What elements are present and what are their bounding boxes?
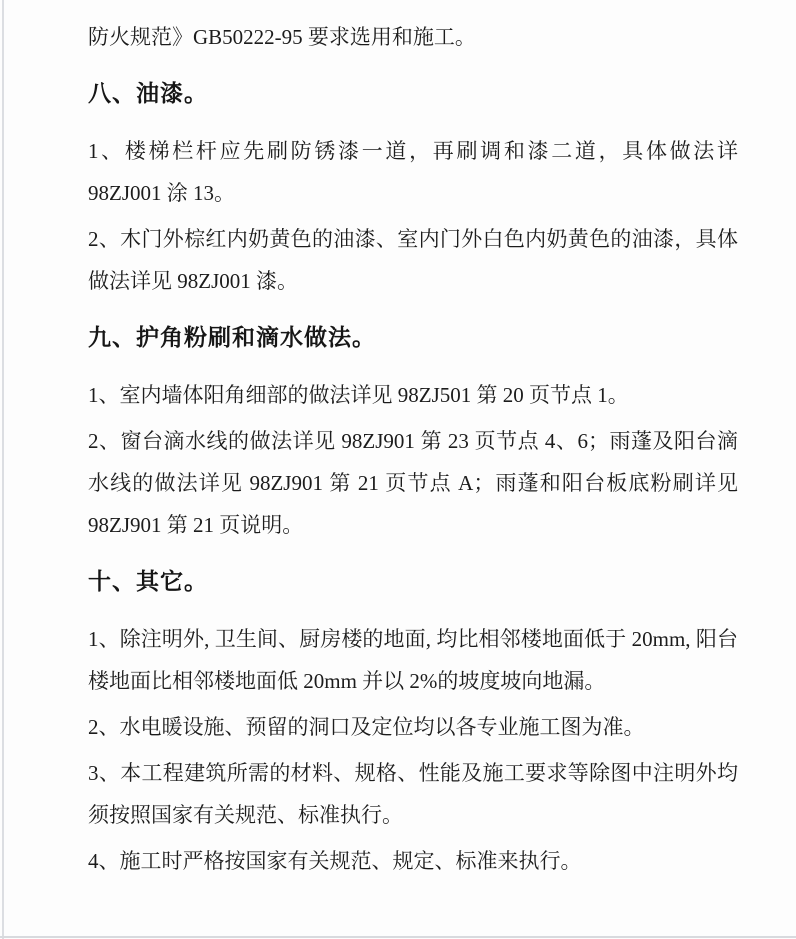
section-corner-drip-item-1: 1、室内墙体阳角细部的做法详见 98ZJ501 第 20 页节点 1。 bbox=[88, 374, 738, 416]
section-heading-others: 十、其它。 bbox=[88, 560, 738, 602]
section-heading-paint: 八、油漆。 bbox=[88, 72, 738, 114]
section-corner-drip-item-2: 2、窗台滴水线的做法详见 98ZJ901 第 23 页节点 4、6；雨蓬及阳台滴… bbox=[88, 420, 738, 546]
section-others-item-1: 1、除注明外, 卫生间、厨房楼的地面, 均比相邻楼地面低于 20mm, 阳台楼地… bbox=[88, 618, 738, 702]
page-edge-bottom bbox=[0, 936, 796, 938]
section-heading-corner-drip: 九、护角粉刷和滴水做法。 bbox=[88, 316, 738, 358]
page-edge-left bbox=[2, 0, 4, 939]
section-others-item-3: 3、本工程建筑所需的材料、规格、性能及施工要求等除图中注明外均须按照国家有关规范… bbox=[88, 752, 738, 836]
document-page: 防火规范》GB50222-95 要求选用和施工。 八、油漆。 1、楼梯栏杆应先刷… bbox=[0, 0, 796, 939]
section-paint-item-1: 1、楼梯栏杆应先刷防锈漆一道，再刷调和漆二道，具体做法详 98ZJ001 涂 1… bbox=[88, 130, 738, 214]
section-paint-item-2: 2、木门外棕红内奶黄色的油漆、室内门外白色内奶黄色的油漆，具体做法详见 98ZJ… bbox=[88, 218, 738, 302]
section-others-item-2: 2、水电暖设施、预留的洞口及定位均以各专业施工图为准。 bbox=[88, 706, 738, 748]
paragraph-intro: 防火规范》GB50222-95 要求选用和施工。 bbox=[88, 16, 738, 58]
section-others-item-4: 4、施工时严格按国家有关规范、规定、标准来执行。 bbox=[88, 840, 738, 882]
